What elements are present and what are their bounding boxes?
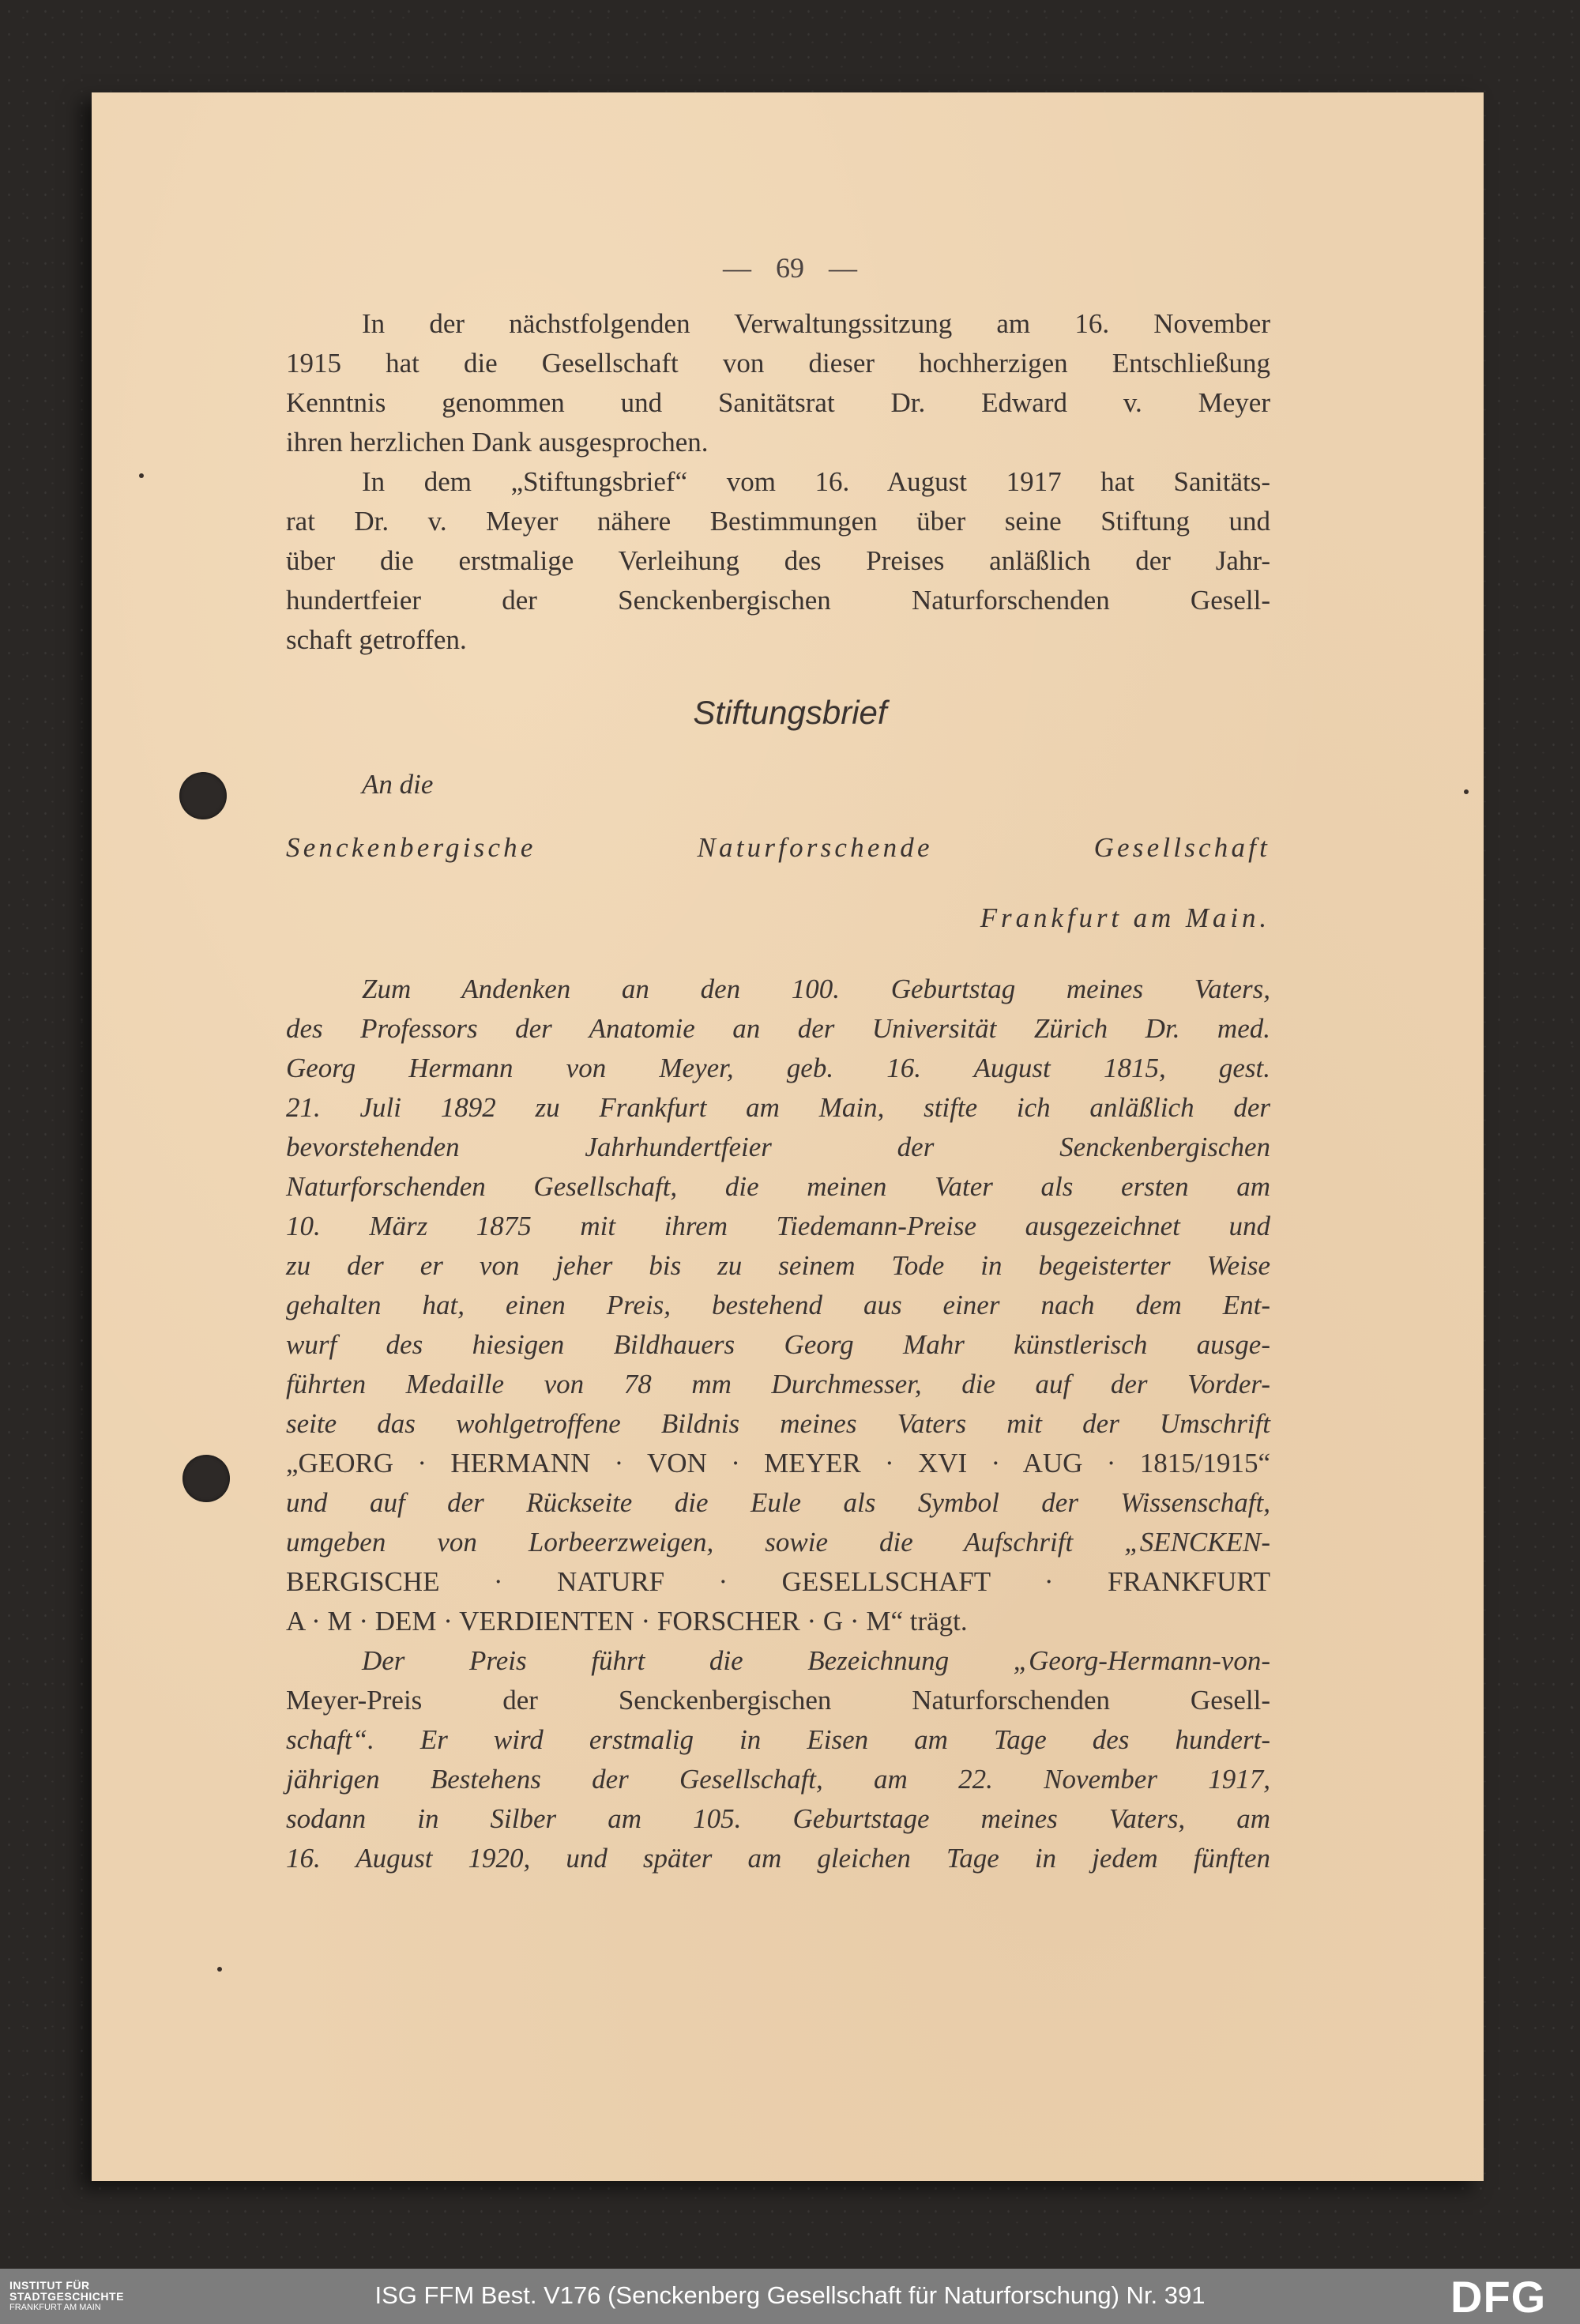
text-line: hundertfeier der Senckenbergischen Natur… (286, 581, 1270, 620)
paper-speck (217, 1967, 222, 1972)
text-line: und auf der Rückseite die Eule als Symbo… (286, 1483, 1270, 1523)
text-line: 1915 hat die Gesellschaft von dieser hoc… (286, 344, 1270, 383)
city-text: Frankfurt am Main. (286, 898, 1270, 938)
text-line: Der Preis führt die Bezeichnung „Georg-H… (286, 1641, 1270, 1681)
text-line: ihren herzlichen Dank ausgesprochen. (286, 423, 1270, 462)
text-line: zu der er von jeher bis zu seinem Tode i… (286, 1246, 1270, 1286)
text-line: seite das wohlgetroffene Bildnis meines … (286, 1404, 1270, 1444)
text-line: Georg Hermann von Meyer, geb. 16. August… (286, 1049, 1270, 1088)
intro-paragraph-1: In der nächstfolgenden Verwaltungssitzun… (286, 304, 1270, 462)
text-line: 16. August 1920, und später am gleichen … (286, 1839, 1270, 1878)
page-number-dash: — (723, 251, 751, 284)
page-number: — 69 — (0, 251, 1580, 284)
punch-hole (182, 1455, 230, 1502)
text-line: des Professors der Anatomie an der Unive… (286, 1009, 1270, 1049)
salutation-text: An die (286, 765, 1270, 804)
text-line: bevorstehenden Jahrhundertfeier der Senc… (286, 1128, 1270, 1167)
text-line: über die erstmalige Verleihung des Preis… (286, 541, 1270, 581)
text-line: Zum Andenken an den 100. Geburtstag mein… (286, 970, 1270, 1009)
text-line: In dem „Stiftungsbrief“ vom 16. August 1… (286, 462, 1270, 502)
text-line: führten Medaille von 78 mm Durchmesser, … (286, 1365, 1270, 1404)
text-line: schaft“. Er wird erstmalig in Eisen am T… (286, 1720, 1270, 1760)
section-heading: Stiftungsbrief (0, 694, 1580, 732)
medal-inscription-front: „GEORG · HERMANN · VON · MEYER · XVI · A… (286, 1444, 1270, 1483)
page-number-value: 69 (776, 251, 804, 284)
text-line: schaft getroffen. (286, 620, 1270, 660)
text-line: Kenntnis genommen und Sanitätsrat Dr. Ed… (286, 383, 1270, 423)
text-line: rat Dr. v. Meyer nähere Bestimmungen übe… (286, 502, 1270, 541)
addressee-text: Senckenbergische Naturforschende Gesells… (286, 828, 1270, 868)
punch-hole (179, 772, 227, 819)
text-line: sodann in Silber am 105. Geburtstage mei… (286, 1799, 1270, 1839)
archive-reference: ISG FFM Best. V176 (Senckenberg Gesellsc… (0, 2281, 1580, 2310)
page-number-dash: — (829, 251, 857, 284)
text-line: In der nächstfolgenden Verwaltungssitzun… (286, 304, 1270, 344)
text-line: jährigen Bestehens der Gesellschaft, am … (286, 1760, 1270, 1799)
intro-paragraph-2: In dem „Stiftungsbrief“ vom 16. August 1… (286, 462, 1270, 660)
text-line: gehalten hat, einen Preis, bestehend aus… (286, 1286, 1270, 1325)
archive-footer-bar: INSTITUT FÜR STADTGESCHICHTE FRANKFURT A… (0, 2269, 1580, 2324)
dfg-logo-icon: DFG (1450, 2275, 1546, 2319)
medal-inscription-back: A · M · DEM · VERDIENTEN · FORSCHER · G … (286, 1602, 1270, 1641)
letter-city: Frankfurt am Main. (286, 898, 1270, 938)
text-line: umgeben von Lorbeerzweigen, sowie die Au… (286, 1523, 1270, 1562)
text-line: 21. Juli 1892 zu Frankfurt am Main, stif… (286, 1088, 1270, 1128)
text-line: Naturforschenden Gesellschaft, die meine… (286, 1167, 1270, 1207)
letter-addressee: Senckenbergische Naturforschende Gesells… (286, 828, 1270, 868)
text-line: 10. März 1875 mit ihrem Tiedemann-Preise… (286, 1207, 1270, 1246)
letter-paragraph-1: Zum Andenken an den 100. Geburtstag mein… (286, 970, 1270, 1641)
letter-paragraph-2: Der Preis führt die Bezeichnung „Georg-H… (286, 1641, 1270, 1878)
text-line: wurf des hiesigen Bildhauers Georg Mahr … (286, 1325, 1270, 1365)
paper-speck (139, 473, 144, 478)
medal-inscription-back: BERGISCHE · NATURF · GESELLSCHAFT · FRAN… (286, 1562, 1270, 1602)
text-line: Meyer-Preis der Senckenbergischen Naturf… (286, 1681, 1270, 1720)
letter-salutation: An die (286, 765, 1270, 804)
paper-speck (1464, 789, 1469, 794)
